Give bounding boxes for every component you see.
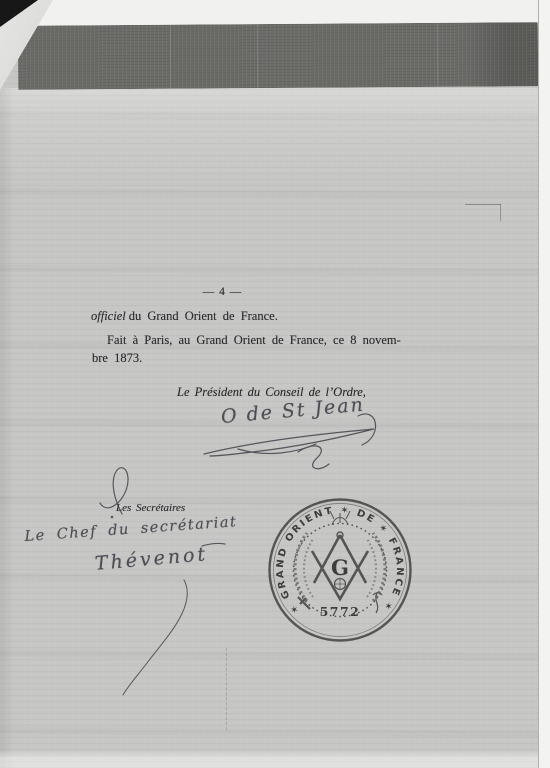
scan-bottom-strip [0, 750, 538, 768]
band-seam [437, 23, 438, 87]
body-line-3: bre 1873. [92, 351, 142, 366]
seal-year-number: 5772 [320, 604, 361, 619]
wreath-left [295, 533, 307, 601]
scan-left-shade [0, 88, 14, 768]
scanner-right-margin [538, 0, 550, 768]
faint-dashed-mark [226, 648, 228, 730]
faint-corner-mark [500, 204, 501, 221]
body-line-2: Fait à Paris, au Grand Orient de France,… [107, 333, 401, 348]
band-seam [257, 24, 258, 88]
wreath-right-inner [367, 539, 376, 597]
scanner-dark-band [18, 22, 538, 90]
body-line-1-italic: officiel [91, 309, 126, 323]
seal-letter-g: G [331, 555, 349, 580]
wreath-left-inner [304, 539, 313, 597]
scan-light-zone [0, 88, 538, 178]
masonic-seal-stamp: ✶ GRAND ORIENT ✶ DE ✶ FRANCE ✶ G 5772 [255, 485, 425, 655]
body-line-1-rest: du Grand Orient de France. [129, 309, 278, 323]
band-seam [170, 25, 171, 89]
wreath-right [373, 533, 385, 601]
faint-corner-mark [465, 204, 501, 205]
body-line-1: officieldu Grand Orient de France. [91, 309, 278, 324]
secretaries-label: Les Secrétaires [116, 502, 185, 514]
page-number: — 4 — [150, 286, 295, 298]
